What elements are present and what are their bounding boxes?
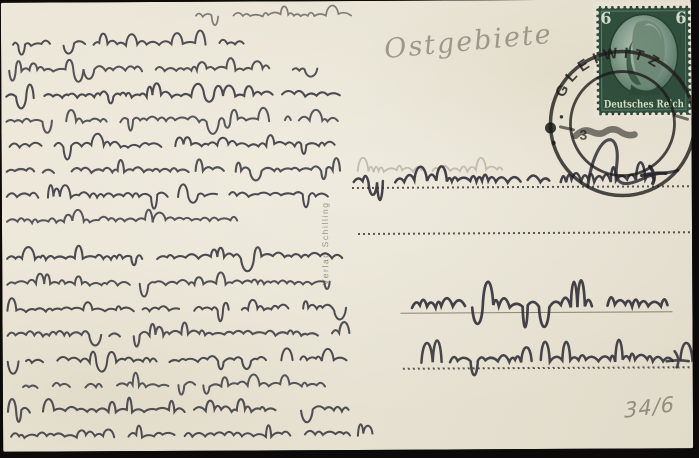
perforation-hole <box>645 112 649 116</box>
handwriting-line <box>8 396 363 423</box>
postcard-back: Verlag Schilling Ostgebiete 34/6 <box>1 0 693 452</box>
perforation-hole <box>688 54 692 58</box>
perforation-hole <box>657 112 661 116</box>
perforation-hole <box>651 4 655 8</box>
perforation-hole <box>688 48 692 52</box>
address-handwriting-line <box>354 162 655 200</box>
perforation-hole <box>626 5 630 9</box>
perforation-hole <box>688 4 692 8</box>
perforation-hole <box>688 17 692 21</box>
handwriting-line <box>8 348 347 374</box>
perforation-hole <box>688 79 692 83</box>
address-rule-line <box>400 311 672 313</box>
perforation-hole <box>633 112 637 116</box>
handwriting-line <box>7 184 328 210</box>
perforation-hole <box>595 11 599 15</box>
stamp-graphic: 6 6 Deutsches Reich <box>593 2 693 119</box>
perforation-hole <box>595 23 599 27</box>
perforation-hole <box>595 60 599 64</box>
perforation-hole <box>595 110 599 114</box>
handwriting-and-postmark-overlay: GLEIWITZ3 <box>1 0 693 452</box>
perforation-hole <box>651 112 655 116</box>
publisher-imprint: Verlag Schilling <box>320 201 330 285</box>
perforation-hole <box>688 23 692 27</box>
stamp-value-left: 6 <box>600 9 611 28</box>
perforation-hole <box>676 112 680 116</box>
handwriting-flourishes <box>588 139 689 367</box>
perforation-hole <box>595 42 599 46</box>
postmark-date-smudge <box>560 127 573 130</box>
address-handwriting-line <box>358 157 503 172</box>
address-handwriting <box>354 156 694 376</box>
perforation-hole <box>657 4 661 8</box>
perforation-hole <box>595 67 599 71</box>
perforation-hole <box>670 112 674 116</box>
perforation-hole <box>639 112 643 116</box>
perforation-hole <box>682 112 686 116</box>
perforation-hole <box>664 112 668 116</box>
handwriting-line <box>11 424 372 438</box>
postmark-date-fragment: 3 <box>579 127 587 143</box>
perforation-hole <box>613 5 617 9</box>
handwriting-line <box>10 133 335 160</box>
perforation-hole <box>595 36 599 40</box>
handwriting-line <box>7 296 346 322</box>
perforation-hole <box>595 79 599 83</box>
stamp-value-right: 6 <box>675 8 686 27</box>
perforation-hole <box>620 5 624 9</box>
perforation-hole <box>626 113 630 117</box>
perforation-hole <box>688 103 692 107</box>
perforation-hole <box>620 113 624 117</box>
perforation-hole <box>608 113 612 117</box>
postcard-scan: Verlag Schilling Ostgebiete 34/6 <box>0 0 699 458</box>
perforation-hole <box>595 98 599 102</box>
perforation-hole <box>688 35 692 39</box>
message-handwriting <box>6 5 373 438</box>
postage-stamp: 6 6 Deutsches Reich <box>593 2 693 119</box>
perforation-hole <box>688 41 692 45</box>
perforation-hole <box>595 73 599 77</box>
handwriting-line <box>8 322 350 348</box>
handwriting-line <box>6 82 340 108</box>
handwriting-line <box>6 107 337 135</box>
handwriting-line <box>7 209 237 223</box>
perforation-hole <box>688 60 692 64</box>
postmark-date-smudge <box>576 129 635 136</box>
perforation-hole <box>595 5 599 9</box>
perforation-hole <box>688 85 692 89</box>
perforation-hole <box>595 104 599 108</box>
perforation-hole <box>595 48 599 52</box>
perforation-hole <box>688 110 692 114</box>
perforation-hole <box>688 97 692 101</box>
perforation-hole <box>638 4 642 8</box>
perforation-hole <box>688 10 692 14</box>
handwriting-line <box>13 30 244 54</box>
address-handwriting-line <box>412 280 668 328</box>
perforation-hole <box>688 29 692 33</box>
perforation-hole <box>688 72 692 76</box>
perforation-hole <box>669 4 673 8</box>
perforation-hole <box>688 91 692 95</box>
address-rule-line <box>403 366 693 370</box>
address-rule-line <box>352 185 693 189</box>
perforation-hole <box>688 66 692 70</box>
handwriting-line <box>7 244 342 272</box>
handwriting-line <box>23 372 351 396</box>
perforation-hole <box>632 4 636 8</box>
ink-blob <box>560 115 563 118</box>
address-rule-line <box>358 231 693 235</box>
pen-flourish <box>667 351 689 367</box>
handwriting-line <box>9 58 317 82</box>
perforation-hole <box>663 4 667 8</box>
pencil-note-ostgebiete: Ostgebiete <box>383 19 554 65</box>
ink-blob <box>551 141 555 145</box>
address-handwriting-line <box>421 339 693 375</box>
perforation-hole <box>644 4 648 8</box>
perforation-hole <box>595 91 599 95</box>
ink-blob <box>545 122 556 133</box>
handwriting-line <box>7 158 340 182</box>
perforation-hole <box>614 113 618 117</box>
perforation-hole <box>595 29 599 33</box>
perforation-hole <box>595 54 599 58</box>
handwriting-line <box>7 272 330 297</box>
perforation-hole <box>595 17 599 21</box>
pencil-collector-number: 34/6 <box>624 392 675 423</box>
handwriting-line <box>196 5 351 25</box>
stamp-country-label: Deutsches Reich <box>604 98 684 110</box>
perforation-hole <box>602 113 606 117</box>
perforation-hole <box>595 85 599 89</box>
pen-flourish <box>642 166 666 183</box>
pen-flourish <box>588 139 678 185</box>
